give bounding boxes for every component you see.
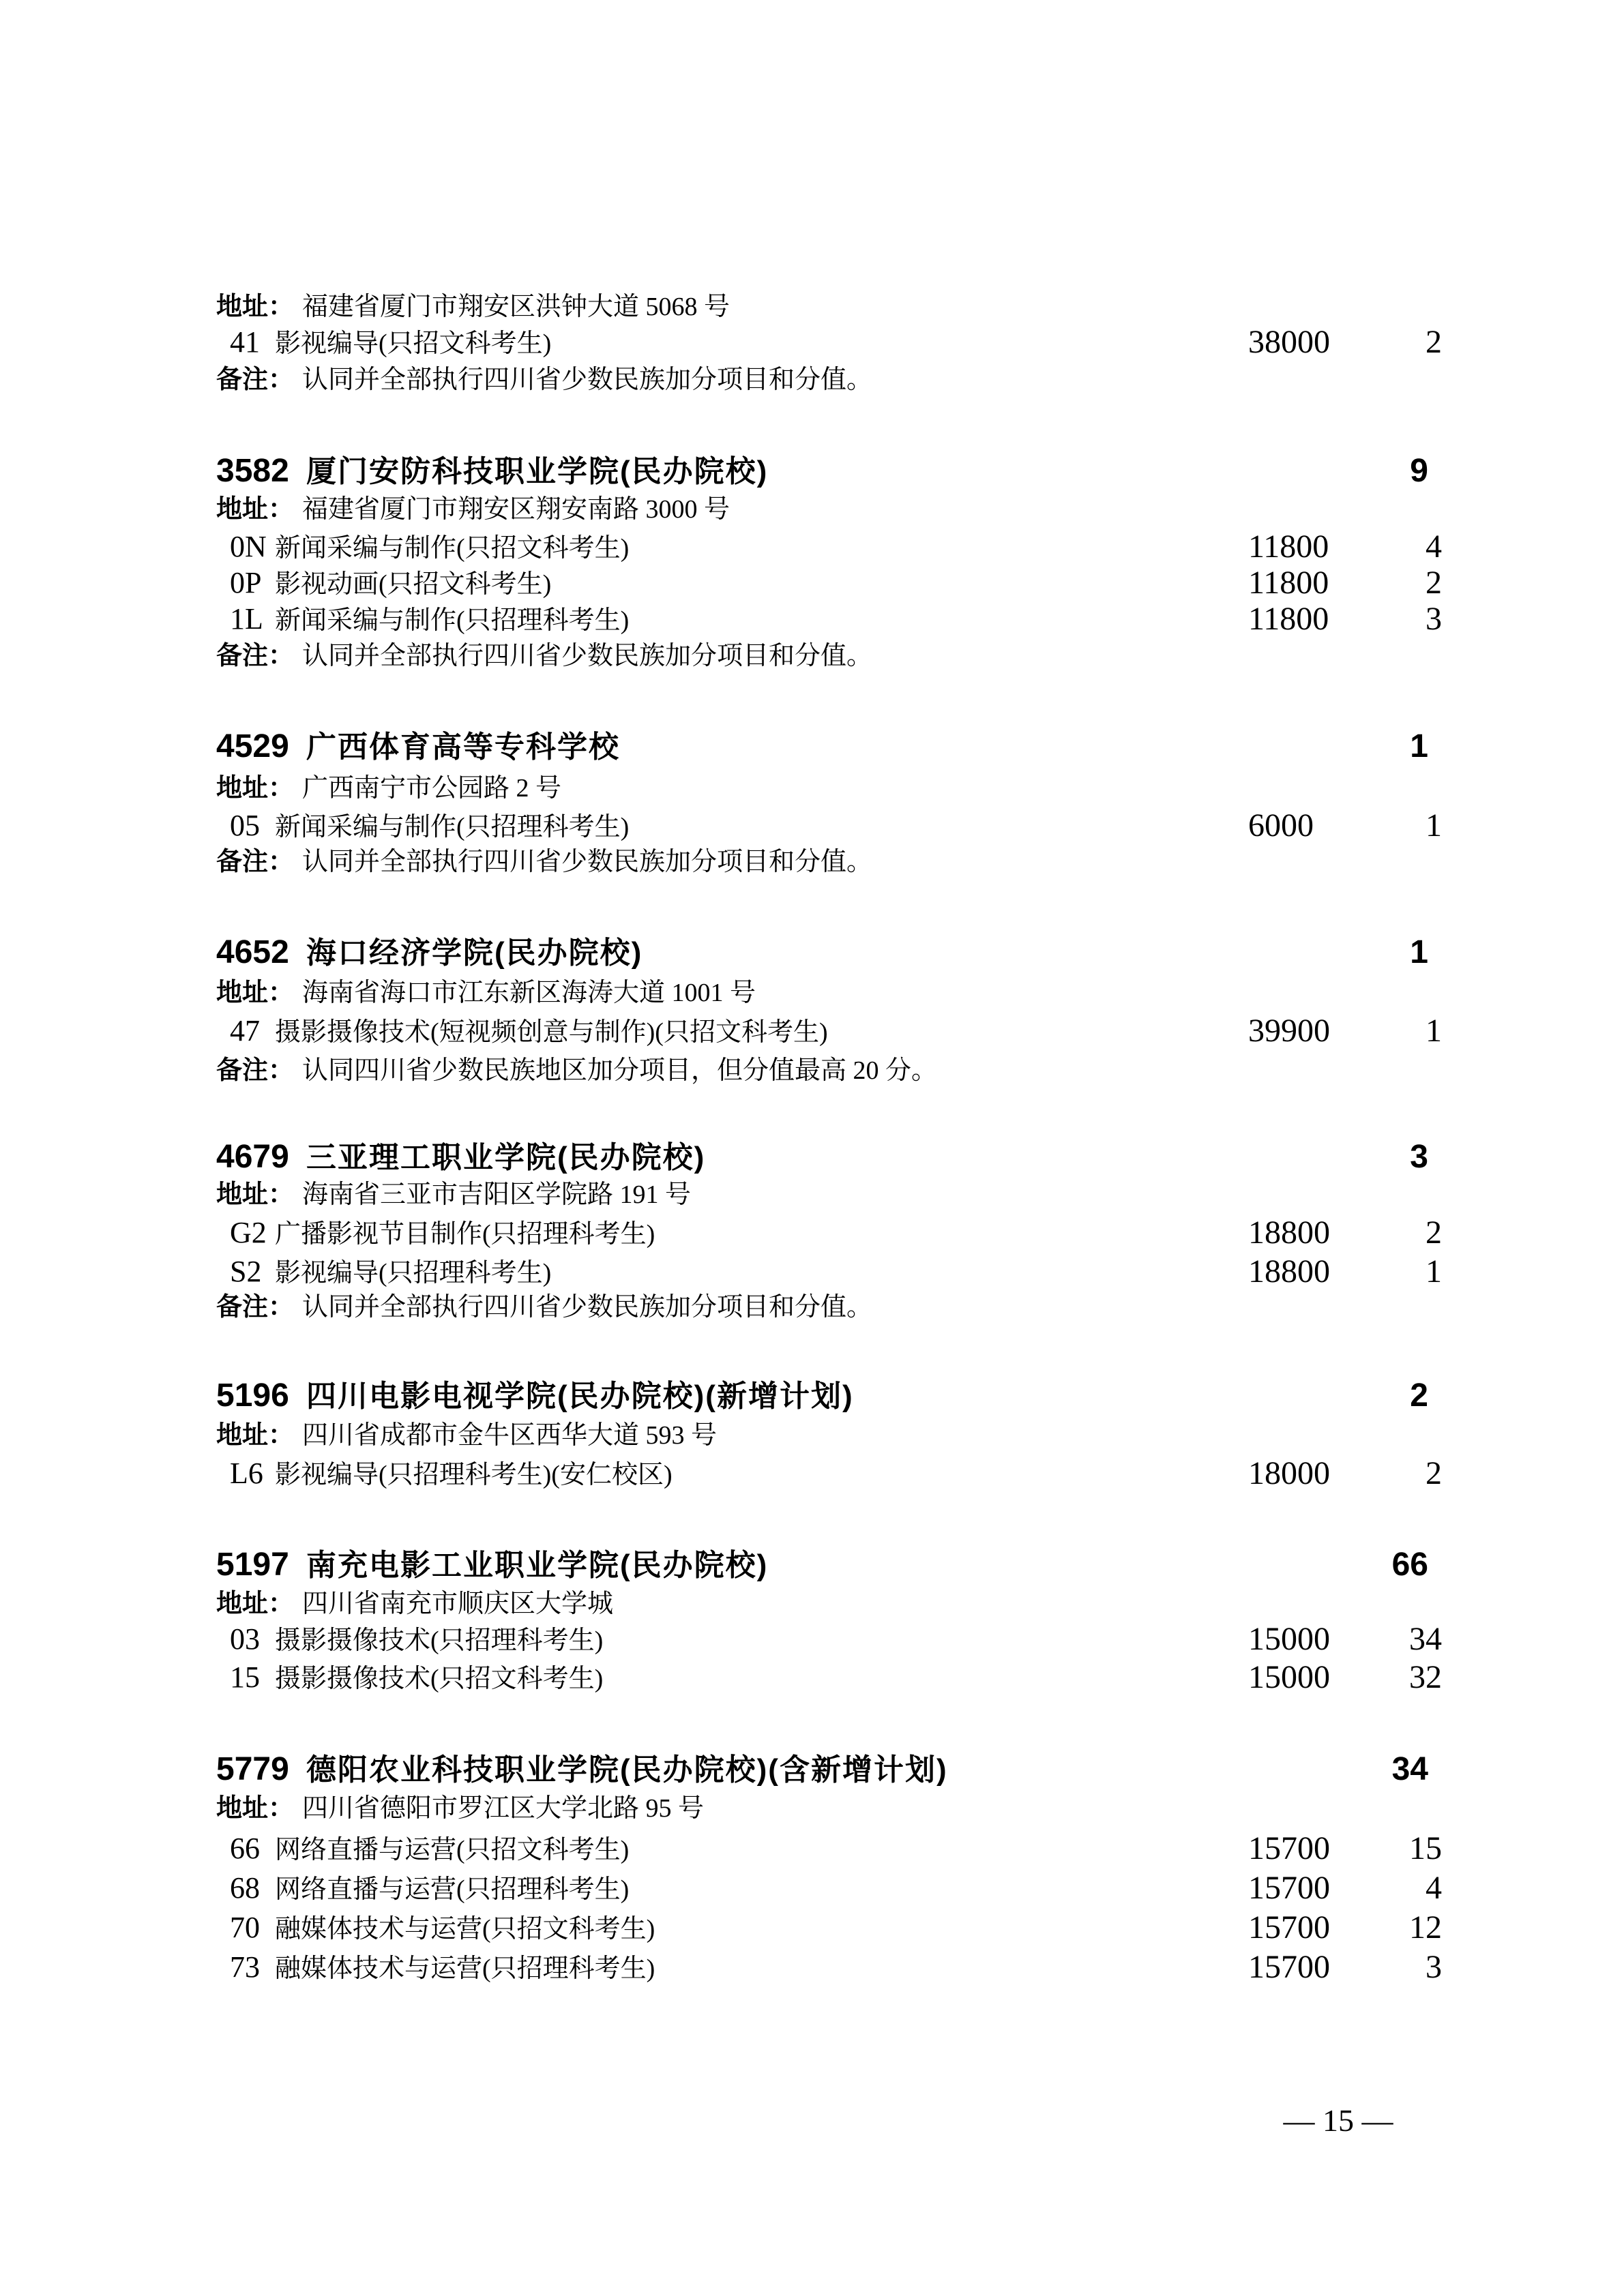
school-code: 5779 bbox=[216, 1749, 306, 1790]
address-text: 四川省德阳市罗江区大学北路 95 号 bbox=[302, 1794, 704, 1823]
program-fee: 15700 bbox=[1248, 1908, 1330, 1948]
program-fee: 39900 bbox=[1248, 1011, 1330, 1051]
program-code: 47 bbox=[230, 1011, 275, 1051]
address-row: 地址：海南省三亚市吉阳区学院路 191 号 bbox=[0, 1175, 1624, 1214]
program-name: 融媒体技术与运营(只招理科考生) bbox=[275, 1954, 655, 1983]
program-fee: 15000 bbox=[1248, 1658, 1330, 1697]
school-code: 3582 bbox=[216, 451, 306, 492]
program-fee: 15000 bbox=[1248, 1620, 1330, 1659]
program-fee: 15700 bbox=[1248, 1829, 1330, 1868]
program-name: 影视动画(只招文科考生) bbox=[275, 570, 551, 599]
address-text: 海南省海口市江东新区海涛大道 1001 号 bbox=[302, 979, 756, 1007]
program-code: G2 bbox=[230, 1213, 275, 1253]
address-label: 地址： bbox=[216, 1789, 302, 1828]
school-name: 广西体育高等专科学校 bbox=[306, 730, 620, 764]
address-text: 福建省厦门市翔安区洪钟大道 5068 号 bbox=[302, 293, 730, 321]
school-code: 4679 bbox=[216, 1137, 306, 1178]
program-name: 网络直播与运营(只招文科考生) bbox=[275, 1836, 629, 1864]
school-name: 三亚理工职业学院(民办院校) bbox=[306, 1141, 705, 1174]
address-text: 福建省厦门市翔安区翔安南路 3000 号 bbox=[302, 495, 730, 524]
school-name: 四川电影电视学院(民办院校)(新增计划) bbox=[306, 1380, 854, 1413]
program-name: 摄影摄像技术(短视频创意与制作)(只招文科考生) bbox=[275, 1018, 828, 1047]
program-code: 70 bbox=[230, 1908, 275, 1948]
program-name: 融媒体技术与运营(只招文科考生) bbox=[275, 1915, 655, 1943]
program-code: 0P bbox=[230, 563, 275, 603]
program-fee: 18800 bbox=[1248, 1252, 1330, 1292]
program-fee: 18000 bbox=[1248, 1454, 1330, 1493]
program-count: 12 bbox=[1409, 1908, 1442, 1948]
school-code: 5196 bbox=[216, 1375, 306, 1416]
program-row: 47摄影摄像技术(短视频创意与制作)(只招文科考生) 1 39900 bbox=[0, 1011, 1624, 1052]
page-number: — 15 — bbox=[1236, 2101, 1441, 2141]
remark-text: 认同四川省少数民族地区加分项目，但分值最高 20 分。 bbox=[302, 1056, 937, 1085]
program-code: S2 bbox=[230, 1252, 275, 1292]
school-total: 2 bbox=[1410, 1375, 1428, 1416]
program-row: 68网络直播与运营(只招理科考生) 4 15700 bbox=[0, 1868, 1624, 1909]
program-fee: 15700 bbox=[1248, 1868, 1330, 1908]
program-row: S2影视编导(只招理科考生) 1 18800 bbox=[0, 1252, 1624, 1293]
school-total: 9 bbox=[1410, 451, 1428, 492]
school-code: 4652 bbox=[216, 932, 306, 973]
school-total: 3 bbox=[1410, 1137, 1428, 1178]
address-label: 地址： bbox=[216, 1416, 302, 1455]
program-row: L6影视编导(只招理科考生)(安仁校区) 2 18000 bbox=[0, 1454, 1624, 1495]
program-row: 05新闻采编与制作(只招理科考生) 1 6000 bbox=[0, 806, 1624, 847]
program-count: 15 bbox=[1409, 1829, 1442, 1868]
program-row: 03摄影摄像技术(只招理科考生) 34 15000 bbox=[0, 1620, 1624, 1660]
school-code: 5197 bbox=[216, 1545, 306, 1585]
program-name: 影视编导(只招理科考生) bbox=[275, 1259, 551, 1287]
program-code: 73 bbox=[230, 1948, 275, 1987]
program-fee: 18800 bbox=[1248, 1213, 1330, 1253]
program-count: 1 bbox=[1426, 1011, 1442, 1051]
address-row: 地址：广西南宁市公园路 2 号 bbox=[0, 769, 1624, 808]
remark-label: 备注： bbox=[216, 1287, 302, 1327]
program-name: 新闻采编与制作(只招文科考生) bbox=[275, 534, 629, 563]
program-fee: 11800 bbox=[1248, 527, 1329, 567]
remark-row: 备注：认同四川省少数民族地区加分项目，但分值最高 20 分。 bbox=[0, 1051, 1624, 1090]
remark-row: 备注：认同并全部执行四川省少数民族加分项目和分值。 bbox=[0, 636, 1624, 676]
program-row: G2广播影视节目制作(只招理科考生) 2 18800 bbox=[0, 1213, 1624, 1254]
program-code: 03 bbox=[230, 1620, 275, 1659]
program-count: 2 bbox=[1426, 563, 1442, 603]
program-count: 3 bbox=[1426, 599, 1442, 639]
address-row: 地址：四川省德阳市罗江区大学北路 95 号 bbox=[0, 1789, 1624, 1828]
program-fee: 6000 bbox=[1248, 806, 1314, 846]
program-code: 1L bbox=[230, 599, 275, 639]
address-label: 地址： bbox=[216, 769, 302, 808]
program-row: 0N新闻采编与制作(只招文科考生) 4 11800 bbox=[0, 527, 1624, 568]
remark-row: 备注：认同并全部执行四川省少数民族加分项目和分值。 bbox=[0, 842, 1624, 882]
remark-row: 备注：认同并全部执行四川省少数民族加分项目和分值。 bbox=[0, 360, 1624, 400]
program-count: 3 bbox=[1426, 1948, 1442, 1987]
program-code: 15 bbox=[230, 1658, 275, 1697]
school-code: 4529 bbox=[216, 726, 306, 767]
program-fee: 11800 bbox=[1248, 563, 1329, 603]
address-text: 广西南宁市公园路 2 号 bbox=[302, 774, 561, 803]
program-row: 1L新闻采编与制作(只招理科考生) 3 11800 bbox=[0, 599, 1624, 640]
program-row: 0P影视动画(只招文科考生) 2 11800 bbox=[0, 563, 1624, 604]
address-row: 地址：福建省厦门市翔安区翔安南路 3000 号 bbox=[0, 490, 1624, 529]
school-total: 1 bbox=[1410, 932, 1428, 973]
program-fee: 11800 bbox=[1248, 599, 1329, 639]
program-row: 73融媒体技术与运营(只招理科考生) 3 15700 bbox=[0, 1948, 1624, 1988]
program-name: 影视编导(只招理科考生)(安仁校区) bbox=[275, 1461, 673, 1489]
address-label: 地址： bbox=[216, 287, 302, 327]
program-count: 1 bbox=[1426, 806, 1442, 846]
address-label: 地址： bbox=[216, 1584, 302, 1624]
address-row: 地址：海南省海口市江东新区海涛大道 1001 号 bbox=[0, 973, 1624, 1013]
program-fee: 15700 bbox=[1248, 1948, 1330, 1987]
school-total: 66 bbox=[1392, 1545, 1428, 1585]
remark-text: 认同并全部执行四川省少数民族加分项目和分值。 bbox=[302, 366, 872, 394]
program-row: 15摄影摄像技术(只招文科考生) 32 15000 bbox=[0, 1658, 1624, 1699]
program-name: 网络直播与运营(只招理科考生) bbox=[275, 1875, 629, 1904]
program-count: 2 bbox=[1426, 1454, 1442, 1493]
remark-text: 认同并全部执行四川省少数民族加分项目和分值。 bbox=[302, 1293, 872, 1322]
remark-label: 备注： bbox=[216, 842, 302, 882]
school-name: 厦门安防科技职业学院(民办院校) bbox=[306, 455, 768, 488]
remark-label: 备注： bbox=[216, 636, 302, 676]
program-code: 66 bbox=[230, 1829, 275, 1868]
program-count: 1 bbox=[1426, 1252, 1442, 1292]
program-name: 新闻采编与制作(只招理科考生) bbox=[275, 606, 629, 635]
address-text: 四川省成都市金牛区西华大道 593 号 bbox=[302, 1421, 717, 1450]
address-label: 地址： bbox=[216, 490, 302, 529]
program-count: 4 bbox=[1426, 1868, 1442, 1908]
address-label: 地址： bbox=[216, 1175, 302, 1214]
program-code: 68 bbox=[230, 1868, 275, 1908]
program-name: 摄影摄像技术(只招理科考生) bbox=[275, 1626, 603, 1655]
remark-label: 备注： bbox=[216, 1051, 302, 1090]
document-page: 地址：福建省厦门市翔安区洪钟大道 5068 号 41影视编导(只招文科考生) 2… bbox=[0, 0, 1624, 2296]
program-fee: 38000 bbox=[1248, 323, 1330, 362]
program-count: 34 bbox=[1409, 1620, 1442, 1659]
program-code: 41 bbox=[230, 323, 275, 362]
remark-text: 认同并全部执行四川省少数民族加分项目和分值。 bbox=[302, 848, 872, 876]
school-total: 34 bbox=[1392, 1749, 1428, 1790]
remark-row: 备注：认同并全部执行四川省少数民族加分项目和分值。 bbox=[0, 1287, 1624, 1327]
school-total: 1 bbox=[1410, 726, 1428, 767]
address-text: 海南省三亚市吉阳区学院路 191 号 bbox=[302, 1180, 691, 1209]
program-count: 4 bbox=[1426, 527, 1442, 567]
address-row: 地址：四川省南充市顺庆区大学城 bbox=[0, 1584, 1624, 1624]
program-count: 2 bbox=[1426, 1213, 1442, 1253]
program-row: 41影视编导(只招文科考生) 2 38000 bbox=[0, 323, 1624, 363]
program-name: 广播影视节目制作(只招理科考生) bbox=[275, 1220, 655, 1249]
school-title-row: 4529广西体育高等专科学校 1 bbox=[0, 726, 1624, 775]
program-code: 0N bbox=[230, 527, 275, 567]
school-name: 南充电影工业职业学院(民办院校) bbox=[306, 1549, 768, 1582]
program-row: 70融媒体技术与运营(只招文科考生) 12 15700 bbox=[0, 1908, 1624, 1949]
program-row: 66网络直播与运营(只招文科考生) 15 15700 bbox=[0, 1829, 1624, 1870]
remark-label: 备注： bbox=[216, 360, 302, 400]
program-count: 32 bbox=[1409, 1658, 1442, 1697]
program-code: L6 bbox=[230, 1454, 275, 1493]
program-name: 新闻采编与制作(只招理科考生) bbox=[275, 813, 629, 841]
school-name: 德阳农业科技职业学院(民办院校)(含新增计划) bbox=[306, 1753, 948, 1787]
remark-text: 认同并全部执行四川省少数民族加分项目和分值。 bbox=[302, 642, 872, 670]
program-count: 2 bbox=[1426, 323, 1442, 362]
address-label: 地址： bbox=[216, 973, 302, 1013]
program-code: 05 bbox=[230, 806, 275, 846]
address-text: 四川省南充市顺庆区大学城 bbox=[302, 1590, 613, 1618]
address-row: 地址：四川省成都市金牛区西华大道 593 号 bbox=[0, 1416, 1624, 1455]
program-name: 影视编导(只招文科考生) bbox=[275, 329, 551, 358]
school-name: 海口经济学院(民办院校) bbox=[306, 936, 643, 970]
program-name: 摄影摄像技术(只招文科考生) bbox=[275, 1665, 603, 1693]
address-row: 地址：福建省厦门市翔安区洪钟大道 5068 号 bbox=[0, 287, 1624, 327]
